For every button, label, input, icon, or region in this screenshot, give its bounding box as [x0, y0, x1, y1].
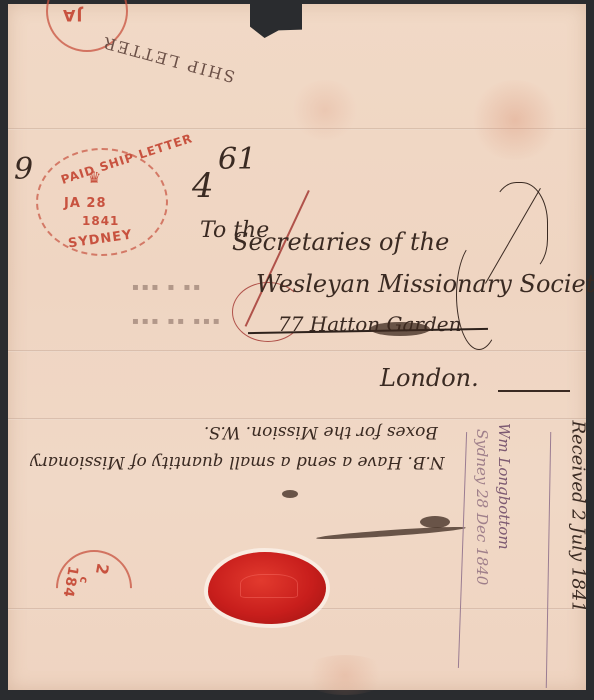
ink-smudge	[370, 322, 430, 336]
address-line-3: Wesleyan Missionary Society	[256, 270, 594, 298]
crown-icon: ♛	[87, 168, 102, 187]
address-line-5: London.	[380, 364, 479, 392]
rate-top-sup: 61	[218, 142, 256, 177]
stain	[290, 80, 360, 140]
paid-ship-letter-date: JA 28	[64, 196, 107, 211]
offset-text: ▪▪▪ ▪▪ ▪▪▪	[132, 316, 223, 327]
rate-top: 4	[192, 166, 214, 206]
inverted-note-line-1: N.B. Have a send a small quantity of Mis…	[30, 452, 445, 472]
stain	[300, 655, 390, 695]
seal-impression	[240, 574, 298, 598]
partial-date-stamp-text: JA	[62, 6, 82, 25]
address-line-2: Secretaries of the	[232, 228, 449, 256]
docket-date: Sydney 28 Dec 1840	[473, 429, 491, 629]
fold-line	[8, 418, 586, 420]
ink-smear	[420, 516, 450, 528]
docket-from: Wm Longbottom	[495, 423, 513, 623]
offset-text: ▪▪▪ ▪ ▪▪	[132, 282, 203, 293]
fold-line	[8, 350, 586, 352]
underline	[498, 390, 570, 392]
rate-left: 9	[14, 152, 33, 187]
paid-ship-letter-year: 1841	[82, 214, 119, 228]
inverted-note-line-2: Boxes for the Mission. W.S.	[204, 422, 438, 442]
docket-received: Received 2 July 1841	[568, 421, 589, 681]
stain	[470, 80, 560, 160]
ink-blot	[282, 490, 298, 498]
